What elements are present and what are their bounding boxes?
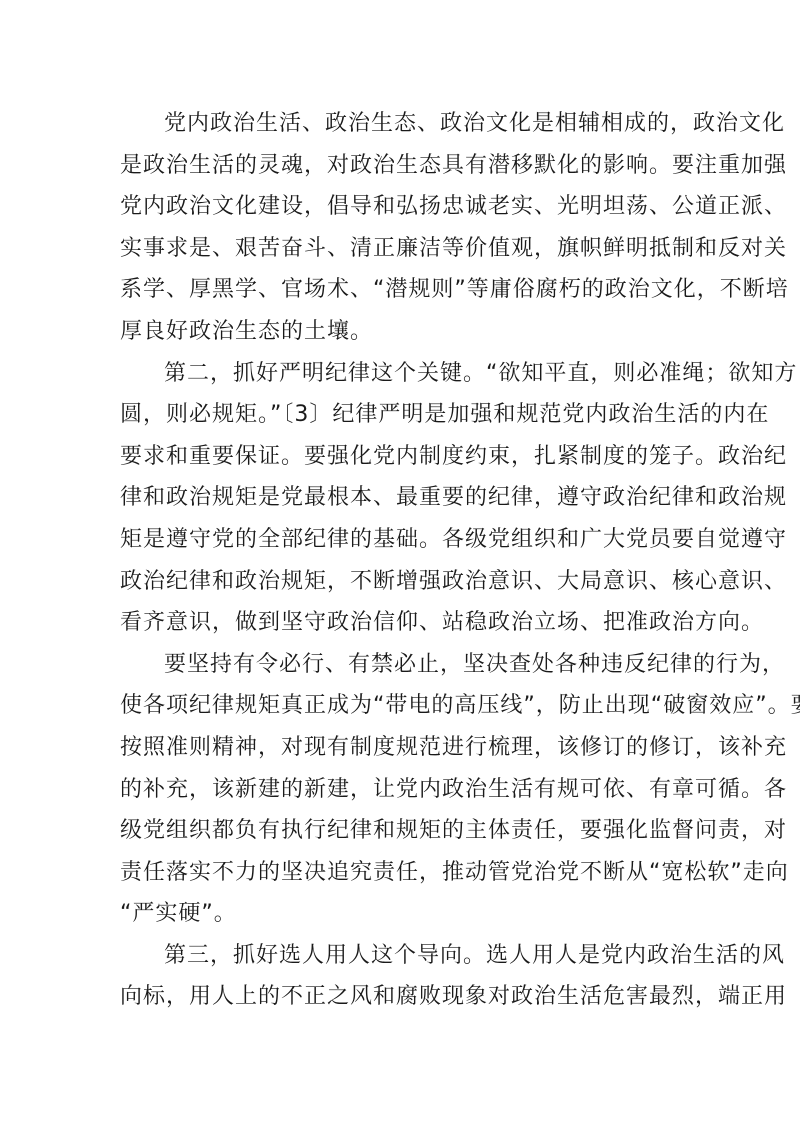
document-page: 党内政治生活、政治生态、政治文化是相辅相成的，政治文化 是政治生活的灵魂，对政治… [0,0,800,1130]
text-line: 向标，用人上的不正之风和腐败现象对政治生活危害最烈，端正用 [120,976,680,1018]
text-line: 级党组织都负有执行纪律和规矩的主体责任，要强化监督问责，对 [120,810,680,852]
text-line: 是政治生活的灵魂，对政治生态具有潜移默化的影响。要注重加强 [120,145,680,187]
text-line: 要求和重要保证。要强化党内制度约束，扎紧制度的笼子。政治纪 [120,436,680,478]
text-line: 党内政治文化建设，倡导和弘扬忠诚老实、光明坦荡、公道正派、 [120,186,680,228]
paragraph-discipline: 第二，抓好严明纪律这个关键。“欲知平直，则必准绳；欲知方 圆，则必规矩。”〔3〕… [120,353,680,644]
text-line: 要坚持有令必行、有禁必止，坚决查处各种违反纪律的行为， [120,644,680,686]
text-line: 看齐意识，做到坚守政治信仰、站稳政治立场、把准政治方向。 [120,602,680,644]
text-line: 按照准则精神，对现有制度规范进行梳理，该修订的修订，该补充 [120,727,680,769]
text-line: 厚良好政治生态的土壤。 [120,311,680,353]
paragraph-enforcement: 要坚持有令必行、有禁必止，坚决查处各种违反纪律的行为， 使各项纪律规矩真正成为“… [120,644,680,935]
paragraph-political-culture: 党内政治生活、政治生态、政治文化是相辅相成的，政治文化 是政治生活的灵魂，对政治… [120,103,680,353]
text-line: 责任落实不力的坚决追究责任，推动管党治党不断从“宽松软”走向 [120,852,680,894]
text-line: 系学、厚黑学、官场术、“潜规则”等庸俗腐朽的政治文化，不断培 [120,269,680,311]
text-line: 政治纪律和政治规矩，不断增强政治意识、大局意识、核心意识、 [120,561,680,603]
text-line: 第二，抓好严明纪律这个关键。“欲知平直，则必准绳；欲知方 [120,353,680,395]
text-line: 实事求是、艰苦奋斗、清正廉洁等价值观，旗帜鲜明抵制和反对关 [120,228,680,270]
document-body: 党内政治生活、政治生态、政治文化是相辅相成的，政治文化 是政治生活的灵魂，对政治… [120,103,680,1018]
text-line: 律和政治规矩是党最根本、最重要的纪律，遵守政治纪律和政治规 [120,477,680,519]
text-line: “严实硬”。 [120,893,680,935]
paragraph-personnel-selection: 第三，抓好选人用人这个导向。选人用人是党内政治生活的风 向标，用人上的不正之风和… [120,935,680,1018]
text-line: 党内政治生活、政治生态、政治文化是相辅相成的，政治文化 [120,103,680,145]
text-line: 的补充，该新建的新建，让党内政治生活有规可依、有章可循。各 [120,769,680,811]
text-line: 矩是遵守党的全部纪律的基础。各级党组织和广大党员要自觉遵守 [120,519,680,561]
text-line: 圆，则必规矩。”〔3〕纪律严明是加强和规范党内政治生活的内在 [120,394,680,436]
text-line: 使各项纪律规矩真正成为“带电的高压线”，防止出现“破窗效应”。要 [120,685,680,727]
text-line: 第三，抓好选人用人这个导向。选人用人是党内政治生活的风 [120,935,680,977]
